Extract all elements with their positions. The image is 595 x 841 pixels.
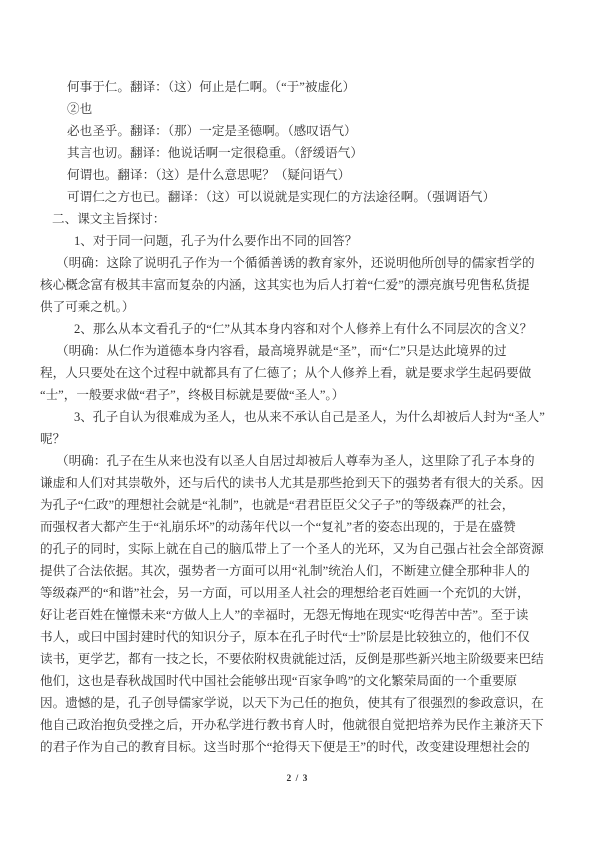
text-line: （明确：从仁作为道德本身内容看，最高境界就是“圣”，而“仁”只是达此境界的过 bbox=[40, 340, 550, 362]
text-line: 何谓也。翻译：（这）是什么意思呢？（疑问语气） bbox=[40, 164, 550, 186]
text-line: “士”，一般要求做“君子”，终极目标就是要做“圣人”。） bbox=[40, 384, 550, 406]
text-line: 二、课文主旨探讨： bbox=[40, 208, 550, 230]
text-line: 谦虚和人们对其崇敬外，还与后代的读书人尤其是那些抢到天下的强势者有很大的关系。因 bbox=[40, 472, 550, 494]
text-line: 必也圣乎。翻译：（那）一定是圣德啊。（感叹语气） bbox=[40, 120, 550, 142]
text-line: 为孔子“仁政”的理想社会就是“礼制”，也就是“君君臣臣父父子子”的等级森严的社会… bbox=[40, 494, 550, 516]
text-line: 供了可乘之机。） bbox=[40, 296, 550, 318]
text-line: 3、孔子自认为很难成为圣人，也从来不承认自己是圣人，为什么却被后人封为“圣人” bbox=[40, 406, 550, 428]
text-line: 程，人只要处在这个过程中就都具有了仁德了；从个人修养上看，就是要求学生起码要做 bbox=[40, 362, 550, 384]
text-line: 他自己政治抱负受挫之后，开办私学进行教书育人时，他就很自觉把培养为民作主兼济天下 bbox=[40, 714, 550, 736]
text-line: 其言也讱。翻译：他说话啊一定很稳重。（舒缓语气） bbox=[40, 142, 550, 164]
text-line: 呢？ bbox=[40, 428, 550, 450]
document-page: 何事于仁。翻译：（这）何止是仁啊。（“于”被虚化）②也必也圣乎。翻译：（那）一定… bbox=[0, 0, 595, 841]
text-line: 好让老百姓在憧憬未来“方做人上人”的幸福时，无怨无悔地在现实“吃得苦中苦”。至于… bbox=[40, 604, 550, 626]
text-line: 可谓仁之方也已。翻译：（这）可以说就是实现仁的方法途径啊。（强调语气） bbox=[40, 186, 550, 208]
text-line: 核心概念富有极其丰富而复杂的内涵，这其实也为后人打着“仁爱”的漂亮旗号兜售私货提 bbox=[40, 274, 550, 296]
text-line: 而强权者大都产生于“礼崩乐坏”的动荡年代以一个“复礼”者的姿态出现的，于是在盛赞 bbox=[40, 516, 550, 538]
page-number: 2 / 3 bbox=[0, 774, 595, 784]
text-line: 的孔子的同时，实际上就在自己的脑瓜带上了一个圣人的光环，又为自己强占社会全部资源 bbox=[40, 538, 550, 560]
text-line: 的君子作为自己的教育目标。这当时那个“抢得天下便是王”的时代，改变建设理想社会的 bbox=[40, 736, 550, 758]
text-line: 1、对于同一问题，孔子为什么要作出不同的回答？ bbox=[40, 230, 550, 252]
text-line: 何事于仁。翻译：（这）何止是仁啊。（“于”被虚化） bbox=[40, 76, 550, 98]
text-line: 读书，更学艺，都有一技之长，不要依附权贵就能过活，反倒是那些新兴地主阶级要来巴结 bbox=[40, 648, 550, 670]
document-body: 何事于仁。翻译：（这）何止是仁啊。（“于”被虚化）②也必也圣乎。翻译：（那）一定… bbox=[40, 76, 550, 758]
text-line: 等级森严的“和谐”社会，另一方面，可以用圣人社会的理想给老百姓画一个充饥的大饼， bbox=[40, 582, 550, 604]
text-line: （明确：孔子在生从来也没有以圣人自居过却被后人尊奉为圣人，这里除了孔子本身的 bbox=[40, 450, 550, 472]
text-line: （明确：这除了说明孔子作为一个循循善诱的教育家外，还说明他所创导的儒家哲学的 bbox=[40, 252, 550, 274]
text-line: 提供了合法依据。其次，强势者一方面可以用“礼制”统治人们，不断建立健全那种非人的 bbox=[40, 560, 550, 582]
text-line: 书人，或曰中国封建时代的知识分子，原本在孔子时代“士”阶层是比较独立的，他们不仅 bbox=[40, 626, 550, 648]
text-line: 2、那么从本文看孔子的“仁”从其本身内容和对个人修养上有什么不同层次的含义？ bbox=[40, 318, 550, 340]
text-line: 因。遗憾的是，孔子创导儒家学说，以天下为己任的抱负，使其有了很强烈的参政意识，在 bbox=[40, 692, 550, 714]
text-line: ②也 bbox=[40, 98, 550, 120]
text-line: 他们，这也是春秋战国时代中国社会能够出现“百家争鸣”的文化繁荣局面的一个重要原 bbox=[40, 670, 550, 692]
